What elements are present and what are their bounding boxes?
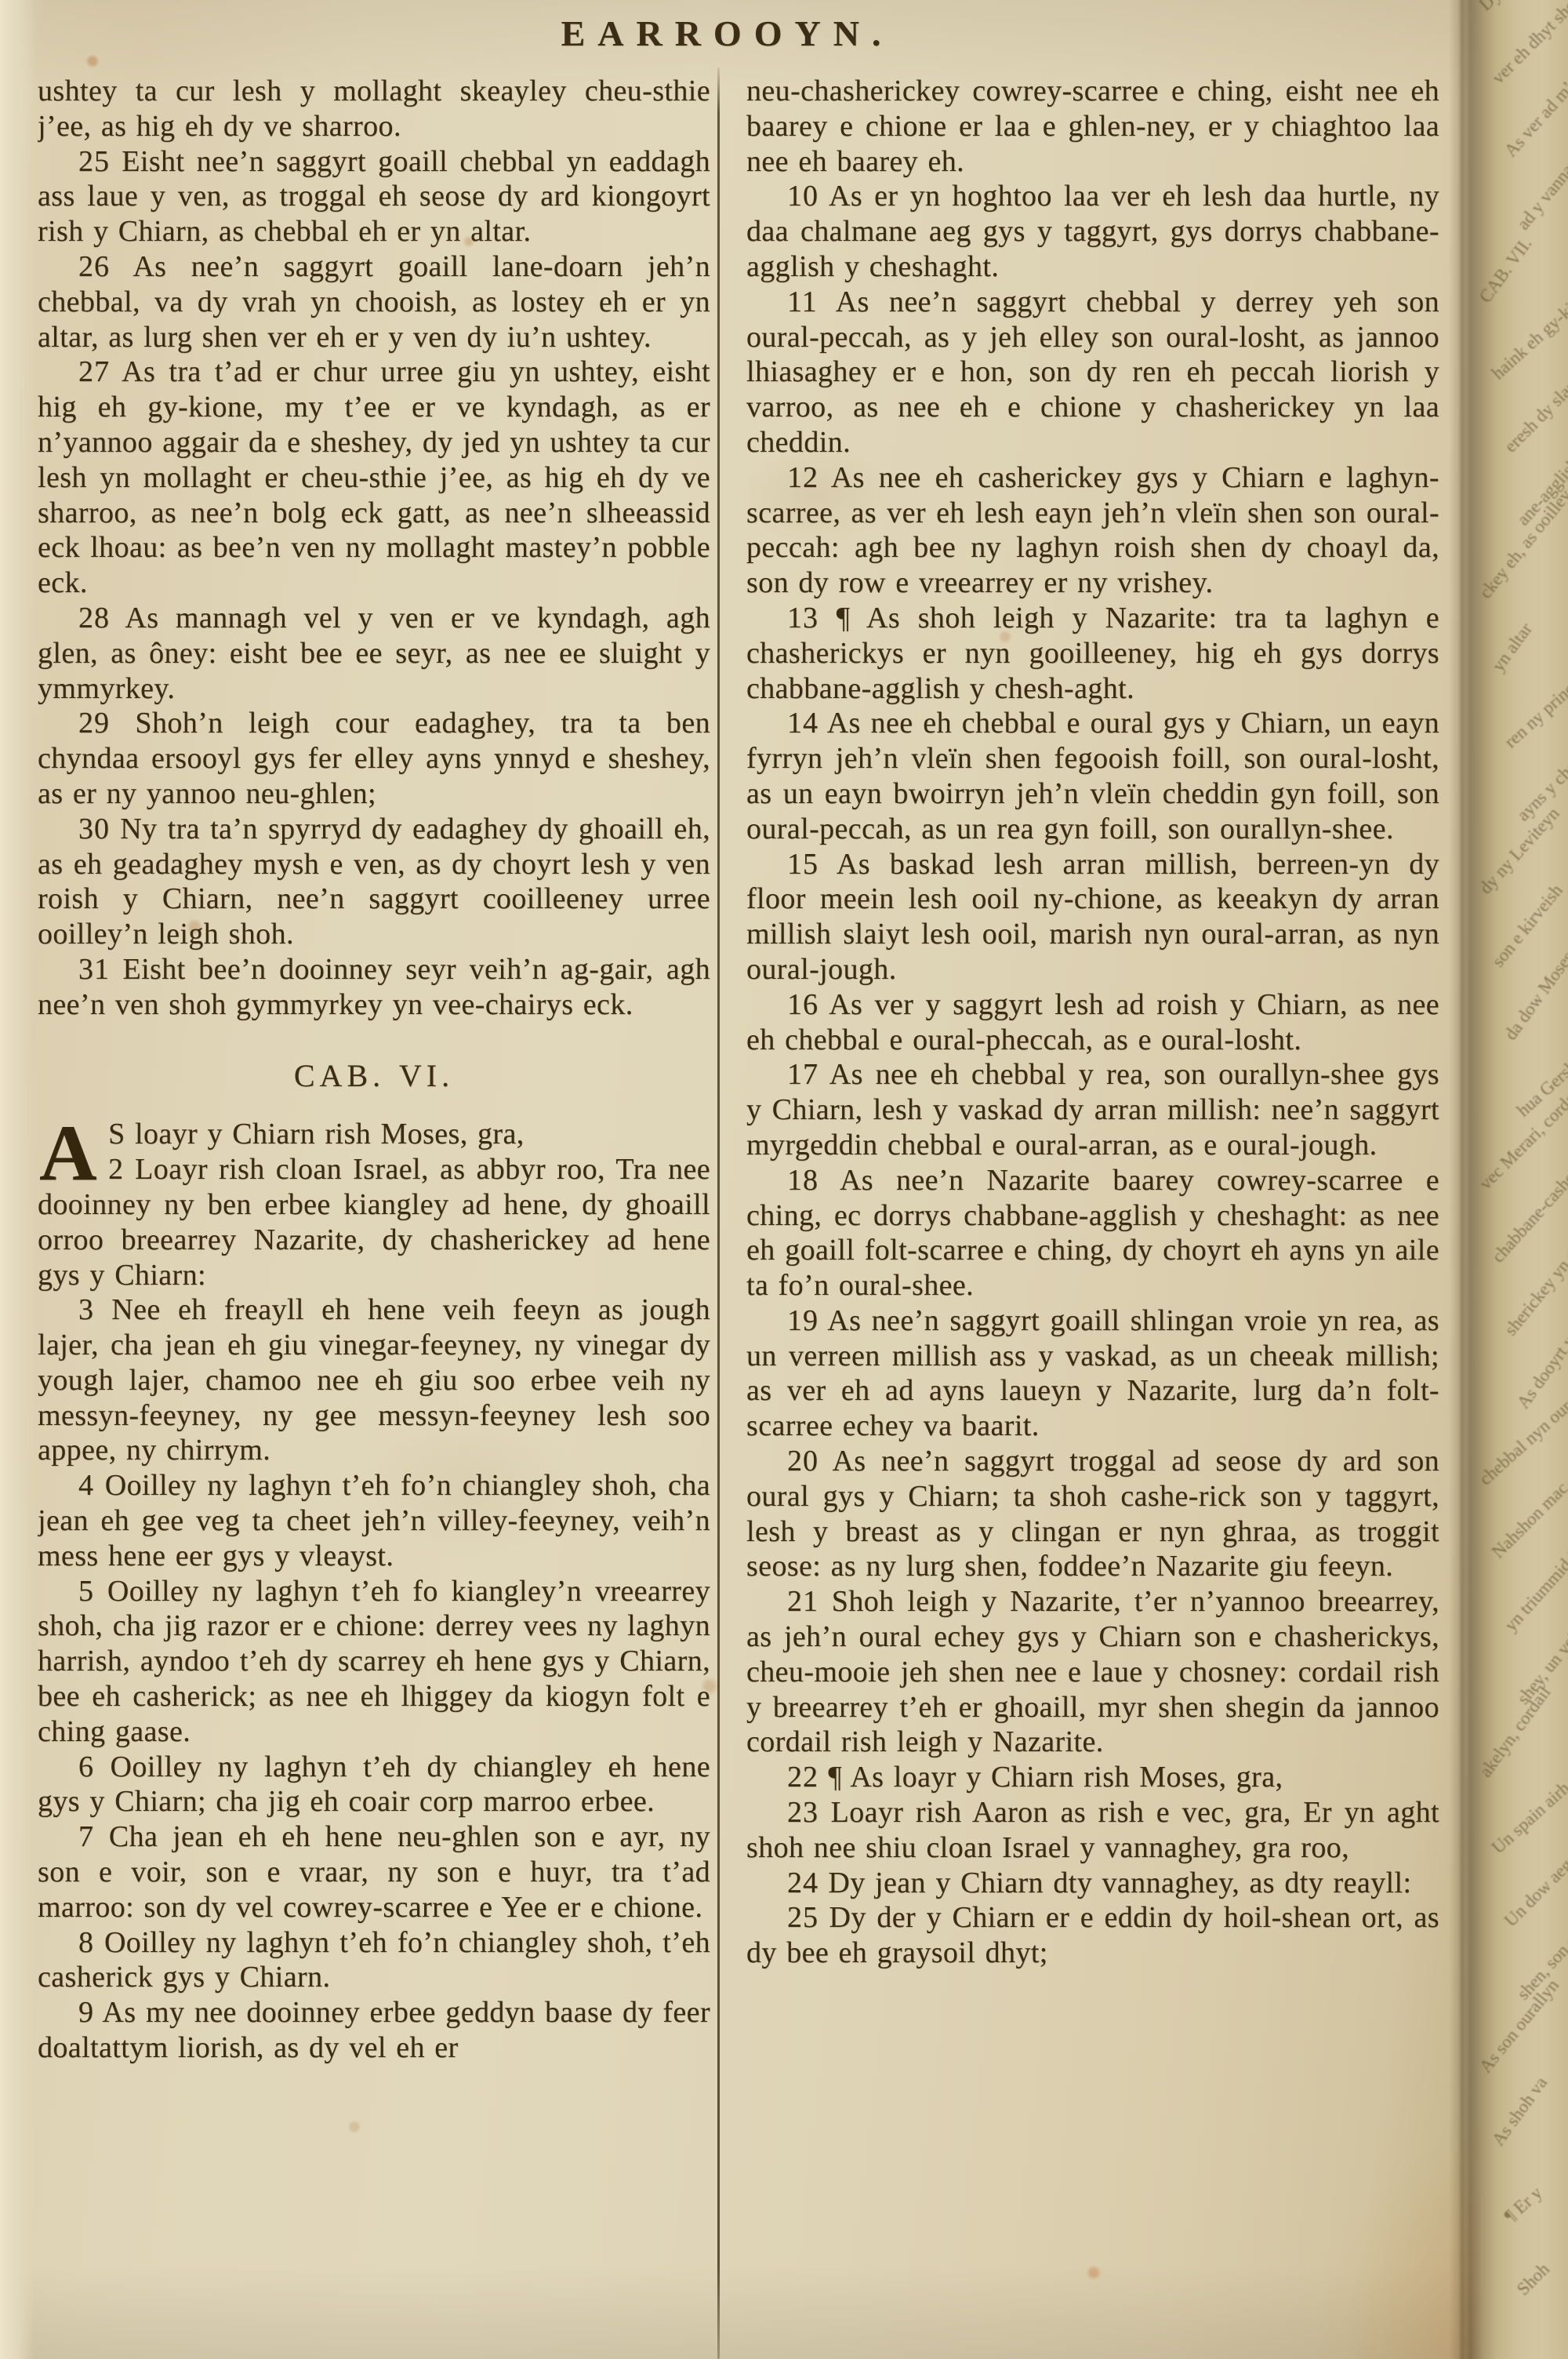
adjacent-page-edge: Dy drog y Chiarnver eh dhyt shee.As ver … bbox=[1449, 0, 1568, 2359]
verse-number: 5 bbox=[78, 1575, 94, 1608]
adjacent-page-text-fragment: son e kirveish bbox=[1488, 881, 1567, 972]
adjacent-page-text-fragment: haink eh gy-kione bbox=[1488, 282, 1568, 383]
verse-number: 8 bbox=[78, 1926, 94, 1959]
verse-paragraph: 10 As er yn hoghtoo laa ver eh lesh daa … bbox=[746, 179, 1439, 284]
verse-number: 18 bbox=[787, 1164, 818, 1197]
verse-number: 6 bbox=[78, 1750, 94, 1783]
adjacent-page-text-fragment: shey, un veiley bbox=[1513, 1612, 1568, 1708]
verse-number: 2 bbox=[108, 1153, 124, 1186]
adjacent-page-text-fragment: ¶ Er y bbox=[1501, 2183, 1546, 2226]
running-head: EARROOYN. bbox=[0, 13, 1454, 54]
verse-paragraph: 26 As nee’n saggyrt goaill lane-doarn je… bbox=[38, 249, 710, 354]
verse-paragraph: 25 Eisht nee’n saggyrt goaill chebbal yn… bbox=[38, 144, 710, 249]
adjacent-page-text-fragment: yn altar bbox=[1488, 620, 1537, 676]
adjacent-page-text-fragment: yn triummid jeh bbox=[1501, 1536, 1568, 1636]
verse-paragraph: 13 ¶ As shoh leigh y Nazarite: tra ta la… bbox=[746, 601, 1439, 706]
verse-paragraph: 22 ¶ As loayr y Chiarn rish Moses, gra, bbox=[746, 1760, 1439, 1795]
verse-number: 20 bbox=[787, 1445, 818, 1478]
verse-paragraph: 20 As nee’n saggyrt troggal ad seose dy … bbox=[746, 1444, 1439, 1584]
adjacent-page-text-fragment: ayns y chabbane bbox=[1513, 727, 1568, 826]
verse-paragraph: 12 As nee eh casherickey gys y Chiarn e … bbox=[746, 460, 1439, 601]
chapter-opening-paragraph: AS loayr y Chiarn rish Moses, gra,2 Loay… bbox=[38, 1117, 710, 1292]
verse-number: 30 bbox=[78, 812, 110, 845]
verse-continuation: neu-chasherickey cowrey-scarree e ching,… bbox=[746, 74, 1439, 179]
verse-paragraph: 30 Ny tra ta’n spyrryd dy eadaghey dy gh… bbox=[38, 812, 710, 952]
verse-number: 13 bbox=[787, 602, 818, 634]
verse-paragraph: 24 Dy jean y Chiarn dty vannaghey, as dt… bbox=[746, 1866, 1439, 1901]
adjacent-page-text-fragment: As son ourallyn bbox=[1475, 1976, 1563, 2077]
verse-number: 19 bbox=[787, 1304, 818, 1337]
adjacent-page-text-fragment: dy ny Leviteyn bbox=[1475, 804, 1563, 899]
adjacent-page-text-fragment: ad y vannaghey. bbox=[1513, 131, 1568, 234]
book-page-scan: EARROOYN. ushtey ta cur lesh y mollaght … bbox=[0, 0, 1568, 2359]
adjacent-page-text-fragment: ane-agglish, as er bbox=[1513, 423, 1568, 530]
verse-paragraph: 19 As nee’n saggyrt goaill shlingan vroi… bbox=[746, 1303, 1439, 1444]
chapter-heading: CAB. VI. bbox=[38, 1059, 710, 1094]
verse-paragraph: 11 As nee’n saggyrt chebbal y derrey yeh… bbox=[746, 285, 1439, 460]
verse-paragraph: 5 Ooilley ny laghyn t’eh fo kiangley’n v… bbox=[38, 1574, 710, 1750]
verse-number: 24 bbox=[787, 1866, 818, 1899]
verse-number: 27 bbox=[78, 355, 110, 388]
verse-number: 21 bbox=[787, 1585, 818, 1618]
verse-paragraph: 17 As nee eh chebbal y rea, son ourallyn… bbox=[746, 1057, 1439, 1162]
verse-continuation: ushtey ta cur lesh y mollaght skeayley c… bbox=[38, 74, 710, 144]
verse-number: 23 bbox=[787, 1796, 818, 1829]
verse-number: 12 bbox=[787, 461, 818, 494]
verse-number: 10 bbox=[787, 180, 818, 213]
adjacent-page-text-fragment: hua Gershon, cordail bbox=[1513, 1005, 1568, 1121]
verse-paragraph: 16 As ver y saggyrt lesh ad roish y Chia… bbox=[746, 987, 1439, 1058]
verse-number: 7 bbox=[78, 1820, 94, 1853]
adjacent-page-text-fragment: ckey eh, as ooilley bbox=[1475, 485, 1568, 602]
verse-number: 11 bbox=[787, 285, 818, 318]
verse-paragraph: 27 As tra t’ad er chur urree giu yn usht… bbox=[38, 354, 710, 601]
adjacent-page-text-fragment: As shoh va bbox=[1488, 2073, 1552, 2150]
adjacent-page-text-fragment: As dooyrt y Chiarn bbox=[1513, 1289, 1568, 1412]
verse-paragraph: 28 As mannagh vel y ven er ve kyndagh, a… bbox=[38, 601, 710, 706]
verse-number: 9 bbox=[78, 1996, 94, 2029]
verse-number: 26 bbox=[78, 250, 110, 283]
adjacent-page-text-fragment: As ver ad m’ennym bbox=[1501, 42, 1568, 162]
verse-paragraph: 3 Nee eh freayll eh hene veih feeyn as j… bbox=[38, 1292, 710, 1468]
adjacent-page-text-fragment: Un dow aeg, un bbox=[1501, 1836, 1568, 1931]
adjacent-page-text-fragment: da dow Moses bbox=[1501, 947, 1568, 1044]
adjacent-page-text-fragment: Nahshon mac bbox=[1488, 1478, 1568, 1562]
adjacent-page-text-fragment: eresh dy slane er bbox=[1501, 357, 1568, 456]
adjacent-page-text-fragment: sherickey yn altar, bbox=[1501, 1224, 1568, 1339]
verse-number: 28 bbox=[78, 602, 110, 634]
verse-number: 25 bbox=[787, 1901, 818, 1934]
verse-paragraph: 6 Ooilley ny laghyn t’eh dy chiangley eh… bbox=[38, 1750, 710, 1820]
verse-paragraph: 31 Eisht bee’n dooinney seyr veih’n ag-g… bbox=[38, 952, 710, 1023]
verse-number: 29 bbox=[78, 707, 110, 740]
adjacent-page-text-fragment: shen, son oural- bbox=[1513, 1905, 1568, 2004]
verse-number: 16 bbox=[787, 988, 818, 1021]
dropcap-initial: A bbox=[39, 1121, 97, 1186]
verse-paragraph: 29 Shoh’n leigh cour eadaghey, tra ta be… bbox=[38, 706, 710, 811]
verse-paragraph: 25 Dy der y Chiarn er e eddin dy hoil-sh… bbox=[746, 1900, 1439, 1971]
adjacent-page-text-fragment: akelyn, cordail bbox=[1475, 1682, 1555, 1781]
adjacent-page-text-fragment: chabbane-casherick bbox=[1488, 1147, 1568, 1267]
adjacent-page-text-fragment: Un spain airh bbox=[1488, 1778, 1568, 1858]
verse-number: 14 bbox=[787, 707, 818, 740]
adjacent-page-text-fragment: Shoh bbox=[1513, 2259, 1554, 2300]
verse-paragraph: 15 As baskad lesh arran millish, berreen… bbox=[746, 847, 1439, 987]
verse-paragraph: 8 Ooilley ny laghyn t’eh fo’n chiangley … bbox=[38, 1925, 710, 1996]
adjacent-page-text-fragment: Dy drog y Chiarn bbox=[1475, 0, 1568, 15]
adjacent-page-text-fragment: chebbal nyn oural bbox=[1475, 1388, 1568, 1490]
verse-paragraph: 18 As nee’n Nazarite baarey cowrey-scarr… bbox=[746, 1163, 1439, 1303]
column-divider-rule bbox=[717, 67, 720, 2359]
left-text-column: ushtey ta cur lesh y mollaght skeayley c… bbox=[38, 74, 710, 2359]
adjacent-page-text-fragment: vec Merari, cordail bbox=[1475, 1082, 1568, 1194]
adjacent-page-text-fragment: ren ny princeyn bbox=[1501, 661, 1568, 752]
verse-paragraph: 9 As my nee dooinney erbee geddyn baase … bbox=[38, 1995, 710, 2066]
right-text-column: neu-chasherickey cowrey-scarree e ching,… bbox=[746, 74, 1439, 2359]
verse-paragraph: 23 Loayr rish Aaron as rish e vec, gra, … bbox=[746, 1795, 1439, 1866]
page-fold-crease bbox=[1458, 0, 1466, 2359]
verse-number: 3 bbox=[78, 1293, 94, 1326]
verse-number: 25 bbox=[78, 145, 110, 178]
verse-number: 17 bbox=[787, 1058, 818, 1091]
verse-paragraph: 14 As nee eh chebbal e oural gys y Chiar… bbox=[746, 706, 1439, 846]
adjacent-page-text-fragment: CAB. VII. bbox=[1475, 234, 1536, 307]
verse-paragraph: 4 Ooilley ny laghyn t’eh fo’n chiangley … bbox=[38, 1468, 710, 1573]
verse-paragraph: 21 Shoh leigh y Nazarite, t’er n’yannoo … bbox=[746, 1584, 1439, 1760]
verse-number: 15 bbox=[787, 848, 818, 881]
verse-number: 22 bbox=[787, 1761, 818, 1794]
page-left-edge bbox=[0, 0, 34, 2359]
adjacent-page-text-fragment: ver eh dhyt shee. bbox=[1488, 0, 1568, 88]
verse-number: 4 bbox=[78, 1469, 94, 1502]
verse-paragraph: 7 Cha jean eh eh hene neu-ghlen son e ay… bbox=[38, 1819, 710, 1925]
verse-number: 31 bbox=[78, 953, 110, 986]
